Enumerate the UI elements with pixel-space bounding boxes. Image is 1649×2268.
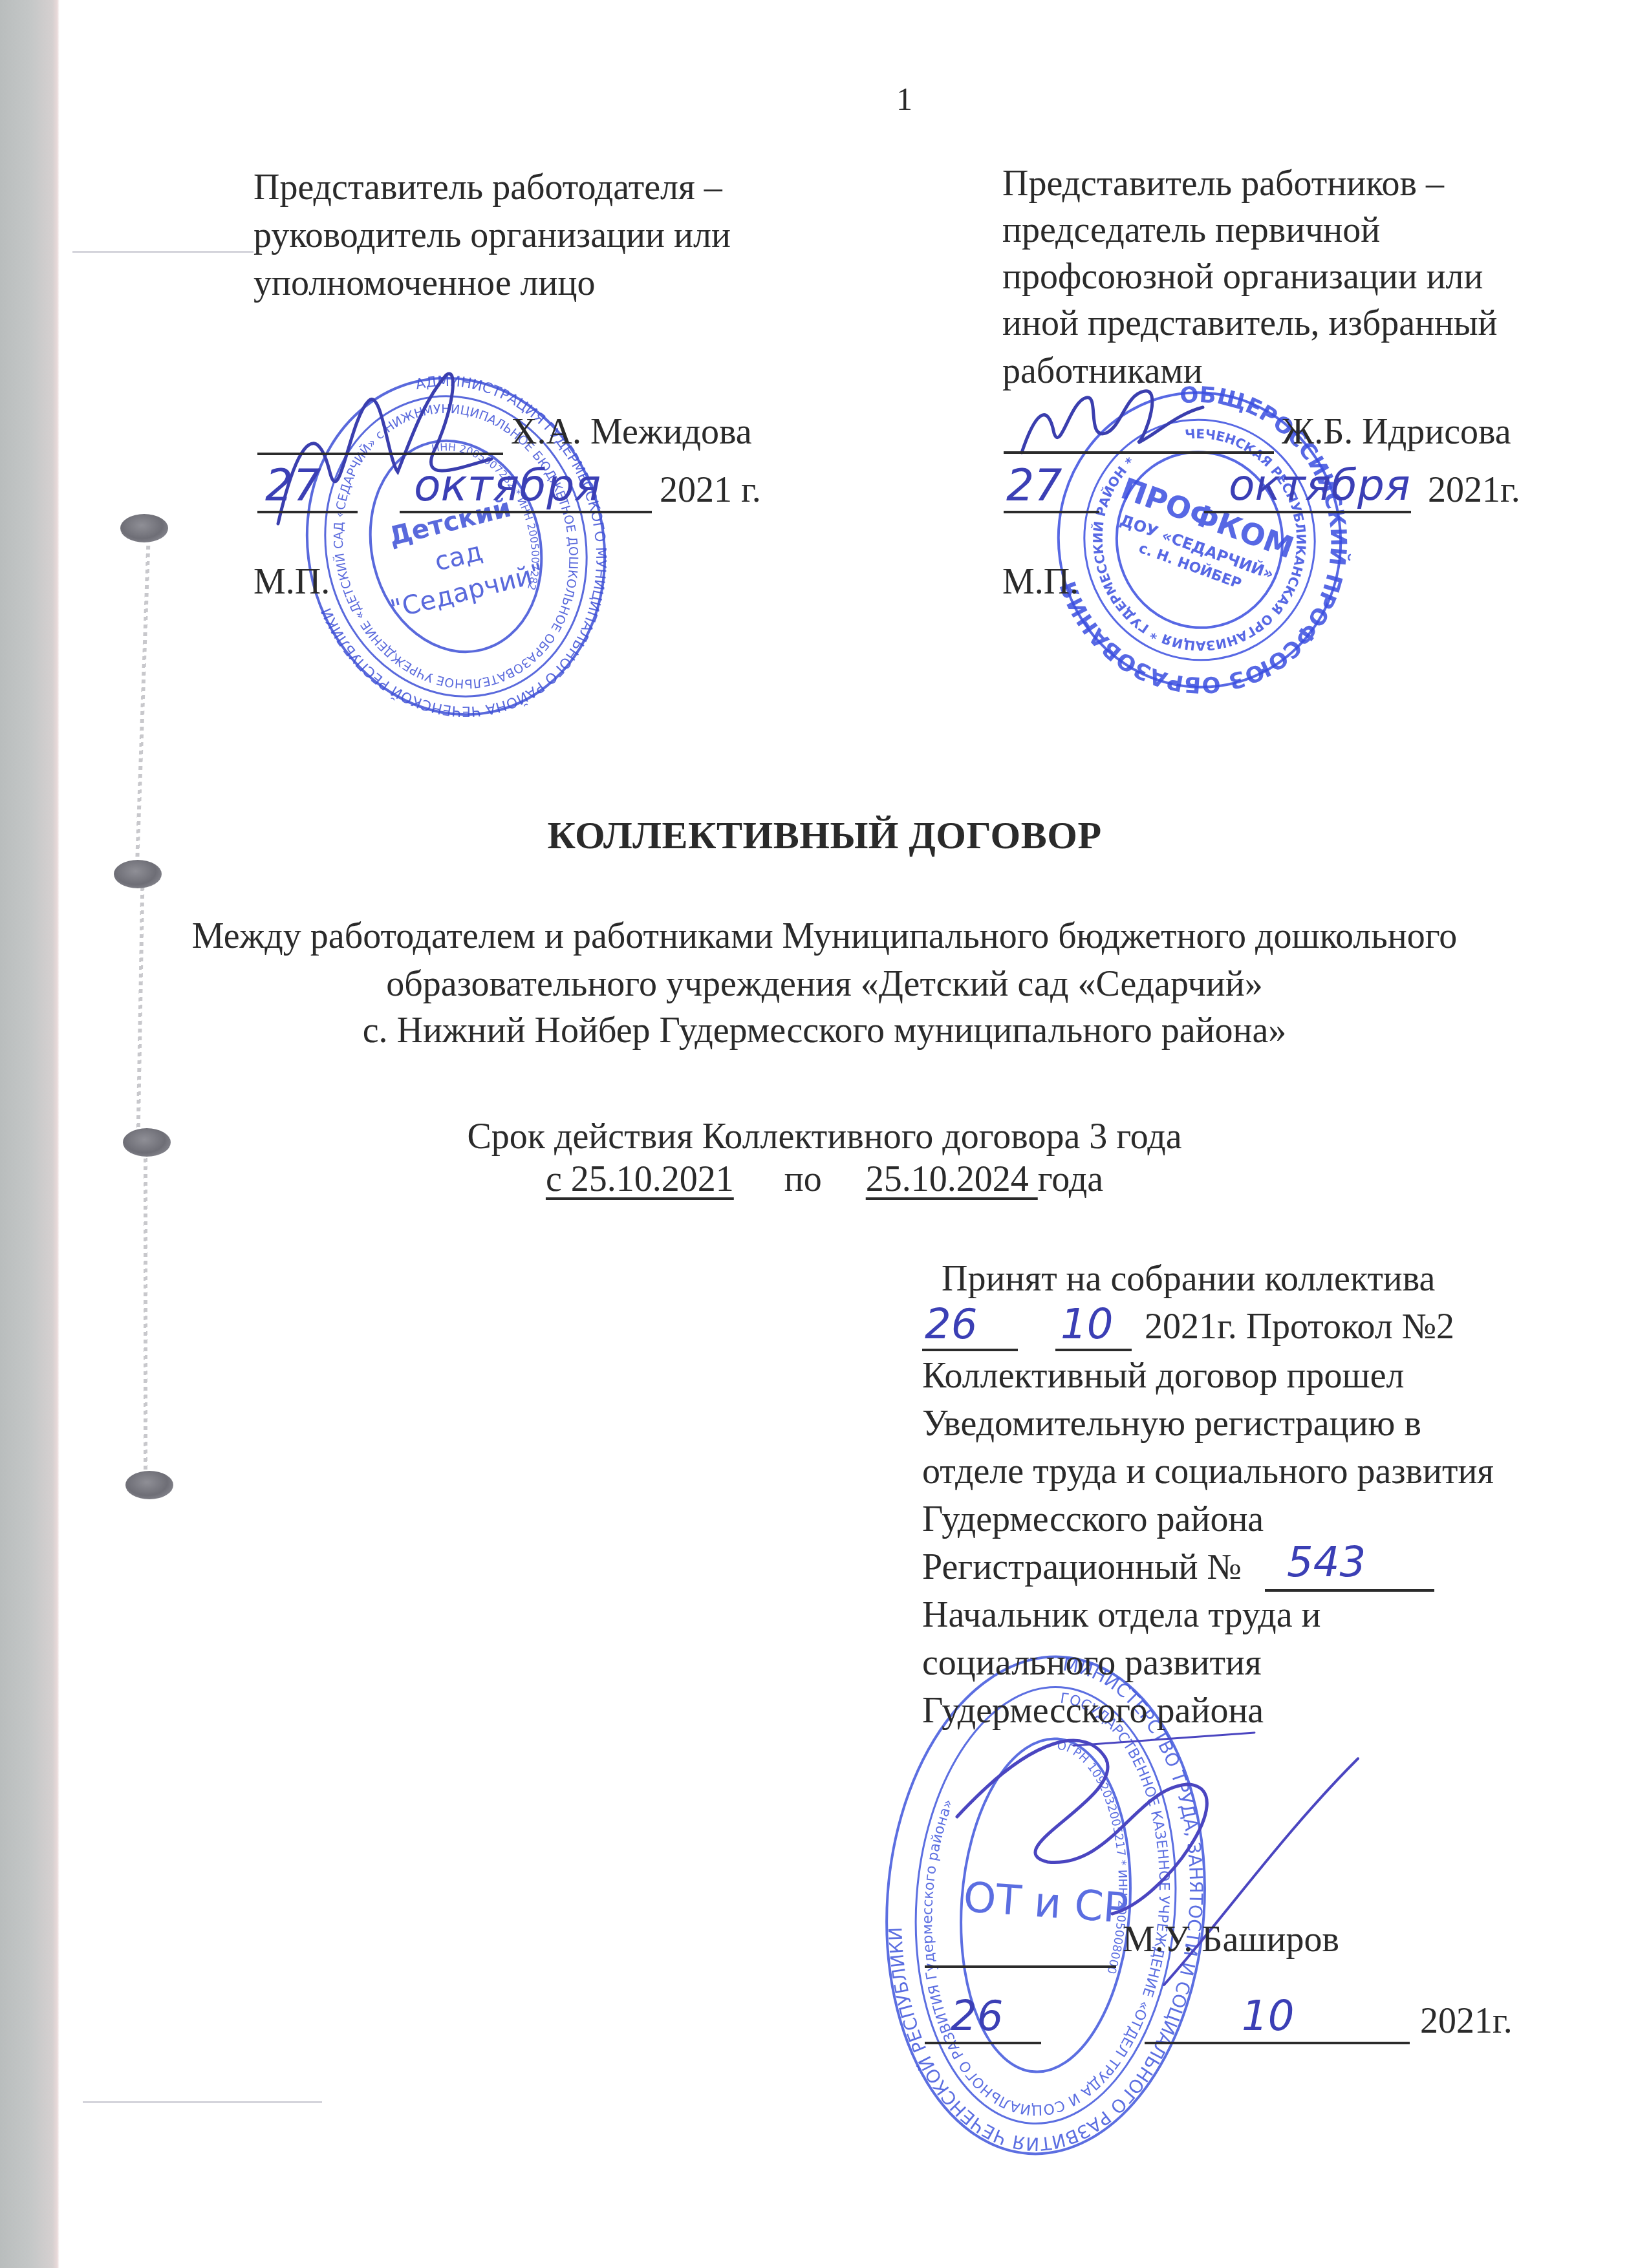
registration-number: 543 xyxy=(1287,1539,1366,1587)
document-title: КОЛЛЕКТИВНЫЙ ДОГОВОР xyxy=(0,816,1649,855)
protocol-number: 2021г. Протокол №2 xyxy=(1145,1309,1454,1345)
employee-seal-label: М.П. xyxy=(1002,564,1079,600)
meeting-handwritten-month: 10 xyxy=(1061,1301,1113,1349)
employee-handwritten-day: 27 xyxy=(1006,460,1062,511)
employer-handwritten-day: 27 xyxy=(265,460,321,511)
svg-text:сад: сад xyxy=(432,537,486,577)
employee-title-line: профсоюзной организации или xyxy=(1002,259,1483,295)
registration-date-day-line xyxy=(925,2042,1041,2044)
department-head-line: Начальник отдела труда и xyxy=(922,1597,1321,1633)
registration-line: Гудермесского района xyxy=(922,1501,1264,1537)
employee-handwritten-month: октября xyxy=(1229,460,1410,510)
registration-number-line xyxy=(1265,1589,1434,1592)
meeting-date-day-line xyxy=(922,1349,1018,1351)
subtitle-line: Между работодателем и работниками Муници… xyxy=(0,918,1649,954)
employee-date-month-line xyxy=(1204,511,1411,513)
registration-line: Коллективный договор прошел xyxy=(922,1358,1405,1394)
employer-date-day-line xyxy=(257,511,358,513)
registration-number-label: Регистрационный № xyxy=(922,1549,1242,1585)
department-head-signature-line xyxy=(925,1965,1116,1968)
term-start-date: с 25.10.2021 xyxy=(546,1159,734,1199)
meeting-date-month-line xyxy=(1055,1349,1132,1351)
scan-artifact-line xyxy=(83,2101,322,2103)
employer-date-year: 2021 г. xyxy=(660,472,761,508)
subtitle-line: образовательного учреждения «Детский сад… xyxy=(0,966,1649,1002)
registration-date-month-line xyxy=(1145,2042,1410,2044)
employee-title-line: председатель первичной xyxy=(1002,212,1380,248)
employer-date-month-line xyxy=(400,511,652,513)
employer-name: Х.А. Межидова xyxy=(511,414,752,450)
registration-handwritten-month: 10 xyxy=(1242,1993,1294,2040)
employee-title-line: Представитель работников – xyxy=(1002,166,1444,202)
binding-hole xyxy=(125,1471,173,1499)
employee-title-line: работниками xyxy=(1002,353,1203,389)
employee-date-year: 2021г. xyxy=(1428,472,1520,508)
employee-date-day-line xyxy=(1004,511,1099,513)
contract-term-dates: с 25.10.2021 по 25.10.2024 года xyxy=(0,1161,1649,1197)
scan-artifact-line xyxy=(72,251,253,253)
employer-title-line: руководитель организации или xyxy=(253,217,731,253)
employee-title-line: иной представитель, избранный xyxy=(1002,305,1498,341)
employer-title-line: уполномоченное лицо xyxy=(253,265,595,301)
department-head-line: социального развития xyxy=(922,1645,1262,1681)
binding-hole xyxy=(114,860,162,888)
employer-seal-label: М.П. xyxy=(253,564,330,600)
subtitle-line: с. Нижний Нойбер Гудермесского муниципал… xyxy=(0,1012,1649,1049)
employer-signature-line xyxy=(257,453,503,455)
employee-signature-line xyxy=(1004,451,1274,454)
contract-term: Срок действия Коллективного договора 3 г… xyxy=(0,1118,1649,1155)
term-end-date: 25.10.2024 xyxy=(866,1159,1038,1199)
binding-hole xyxy=(120,514,168,542)
meeting-handwritten-day: 26 xyxy=(925,1301,977,1349)
page-number: 1 xyxy=(896,83,912,115)
term-to-word: по xyxy=(784,1159,822,1199)
employee-name: Ж.Б. Идрисова xyxy=(1282,414,1511,450)
employer-handwritten-month: октября xyxy=(414,460,601,511)
binding-thread xyxy=(144,1151,147,1481)
registration-handwritten-day: 26 xyxy=(951,1993,1003,2040)
registration-line: отделе труда и социального развития xyxy=(922,1453,1494,1490)
registration-date-year: 2021г. xyxy=(1420,2003,1513,2039)
term-suffix: года xyxy=(1038,1159,1103,1199)
employer-title-line: Представитель работодателя – xyxy=(253,169,722,206)
department-head-name: М.У. Баширов xyxy=(1123,1921,1339,1958)
employee-signature xyxy=(1009,388,1242,459)
accepted-at-meeting: Принят на собрании коллектива xyxy=(942,1261,1435,1297)
registration-line: Уведомительную регистрацию в xyxy=(922,1406,1421,1442)
